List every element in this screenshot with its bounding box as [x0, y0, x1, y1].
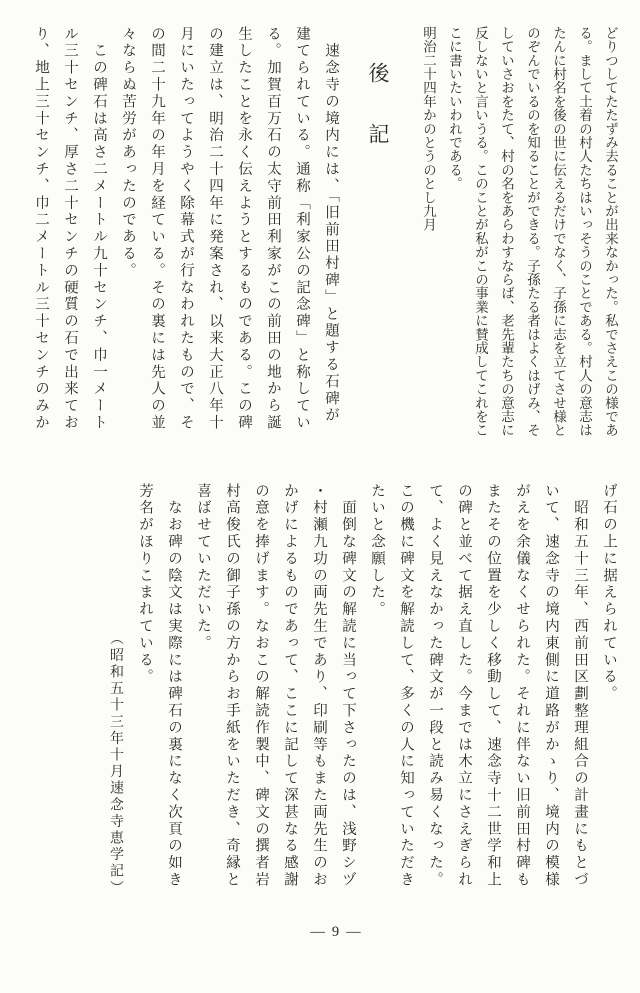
text-column: こに書いたいわれである。 — [441, 26, 467, 442]
text-column: 月にいたってようやく除幕式が行なわれたもので、そ — [171, 26, 200, 442]
text-column: ・村瀬九功の両先生であり、印刷等もまた両先生のお — [304, 483, 333, 929]
signature-line: （昭和五十三年十月速念寺恵学記） — [101, 483, 130, 929]
text-column: 反しないと言いうる。このことが私がこの事業に賛成してこれをこ — [467, 26, 493, 442]
text-column: 々ならぬ苦労があったのである。 — [113, 26, 142, 442]
text-column: ル三十センチ、厚さ二十センチの硬質の石で出来てお — [55, 26, 84, 442]
text-column: どりつしてたたずみ去ることが出来なかった。私でさえこの様であ — [597, 26, 623, 442]
text-column: 速念寺の境内には、「旧前田村碑」と題する石碑が — [316, 26, 345, 442]
text-column: 建てられている。通称「利家公の記念碑」と称してい — [287, 26, 316, 442]
bottom-text-section: げ石の上に据えられている。 昭和五十三年、西前田区劃整理組合の計畫にもとづいて、… — [101, 483, 623, 929]
text-column: り、地上三十センチ、巾二メートル三十センチのみか — [26, 26, 55, 442]
text-column: 喜ばせていただいた。 — [188, 483, 217, 929]
text-column: がえを余儀なくせられた。それに伴ない旧前田村碑も — [507, 483, 536, 929]
afterword-body-bottom-block: げ石の上に据えられている。 昭和五十三年、西前田区劃整理組合の計畫にもとづいて、… — [130, 483, 623, 929]
page-number: —9— — [299, 924, 379, 941]
top-text-section: どりつしてたたずみ去ることが出来なかった。私でさえこの様である。まして土着の村人… — [26, 26, 623, 442]
text-column: またその位置を少しく移動して、速念寺十二世学和上 — [478, 483, 507, 929]
text-column: 村高俊氏の御子孫の方からお手紙をいただき、奇縁と — [217, 483, 246, 929]
scanned-book-page: どりつしてたたずみ去ることが出来なかった。私でさえこの様である。まして土着の村人… — [0, 0, 640, 993]
quoted-inscription-block: どりつしてたたずみ去ることが出来なかった。私でさえこの様である。まして土着の村人… — [415, 26, 623, 442]
text-column: いて、速念寺の境内東側に道路がかゝり、境内の模様 — [536, 483, 565, 929]
text-column: たいと念願した。 — [362, 483, 391, 929]
text-column: のぞんでいるのを知ることができる。子孫たる者はよくはげみ、そ — [519, 26, 545, 442]
text-column: る。加賀百万石の太守前田利家がこの前田の地から誕 — [258, 26, 287, 442]
text-column: この碑石は高さ二メートル九十センチ、巾一メート — [84, 26, 113, 442]
text-column: の間二十九年の年月を経ている。その裏には先人の並 — [142, 26, 171, 442]
text-column: 芳名がほりこまれている。 — [130, 483, 159, 929]
text-column: していさおをたて、村の名をあらわすならば、老先輩たちの意志に — [493, 26, 519, 442]
text-column: 生したことを永く伝えようとするものである。この碑 — [229, 26, 258, 442]
text-column: て、よく見えなかった碑文が一段と読み易くなった。 — [420, 483, 449, 929]
text-column: の意を捧げます。なおこの解読作製中、碑文の撰者岩 — [246, 483, 275, 929]
text-column: この機に碑文を解読して、多くの人に知っていただき — [391, 483, 420, 929]
text-column: かげによるものであって、ここに記して深甚なる感謝 — [275, 483, 304, 929]
text-column: 面倒な碑文の解読に当って下さったのは、浅野シヅ — [333, 483, 362, 929]
text-column: なお碑の陰文は実際には碑石の裏になく次頁の如き — [159, 483, 188, 929]
text-column: 明治二十四年かのとうのとし九月 — [415, 26, 441, 442]
text-column: げ石の上に据えられている。 — [594, 483, 623, 929]
text-column: の碑と並べて据え直した。今までは木立にさえぎられ — [449, 483, 478, 929]
text-column: の建立は、明治二十四年に発案され、以来大正八年十 — [200, 26, 229, 442]
afterword-heading: 後記 — [365, 26, 391, 442]
text-column: 昭和五十三年、西前田区劃整理組合の計畫にもとづ — [565, 483, 594, 929]
text-column: たんに村名を後の世に伝えるだけでなく、子孫に志を立てさせ様と — [545, 26, 571, 442]
afterword-body-top-block: 速念寺の境内には、「旧前田村碑」と題する石碑が建てられている。通称「利家公の記念… — [26, 26, 345, 442]
text-column: る。まして土着の村人たちはいっそうのことである。村人の意志は — [571, 26, 597, 442]
